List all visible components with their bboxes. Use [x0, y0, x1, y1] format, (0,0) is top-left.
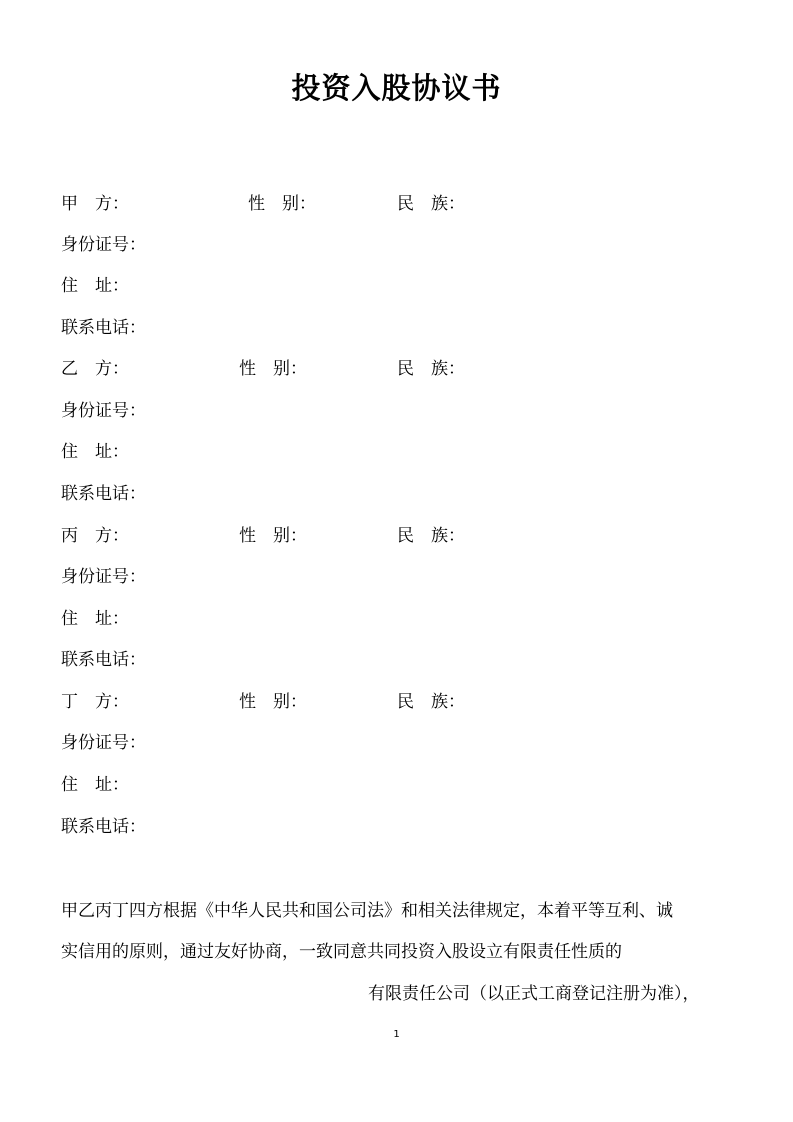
document-title: 投资入股协议书	[0, 66, 793, 110]
phone-label: 联系电话：	[61, 815, 146, 839]
id-number-label: 身份证号：	[61, 565, 146, 589]
party-label: 乙 方：	[61, 357, 129, 381]
ethnicity-label: 民 族：	[397, 357, 465, 381]
phone-label: 联系电话：	[61, 482, 146, 506]
phone-label: 联系电话：	[61, 648, 146, 672]
address-label: 住 址：	[61, 773, 129, 797]
party-label: 甲 方：	[61, 192, 129, 216]
paragraph-line-3: 有限责任公司（以正式工商登记注册为准），	[368, 982, 700, 1006]
gender-label: 性 别：	[239, 357, 307, 381]
gender-label: 性 别：	[239, 690, 307, 714]
address-label: 住 址：	[61, 274, 129, 298]
id-number-label: 身份证号：	[61, 233, 146, 257]
page-number: 1	[0, 1028, 793, 1042]
ethnicity-label: 民 族：	[397, 524, 465, 548]
address-label: 住 址：	[61, 607, 129, 631]
id-number-label: 身份证号：	[61, 399, 146, 423]
phone-label: 联系电话：	[61, 316, 146, 340]
id-number-label: 身份证号：	[61, 731, 146, 755]
party-label: 丙 方：	[61, 524, 129, 548]
document-page: 投资入股协议书 甲 方： 性 别： 民 族： 身份证号： 住 址： 联系电话： …	[0, 0, 793, 1122]
paragraph-line-1: 甲乙丙丁四方根据《中华人民共和国公司法》和相关法律规定，本着平等互利、诚	[61, 899, 673, 923]
ethnicity-label: 民 族：	[397, 690, 465, 714]
gender-label: 性 别：	[248, 192, 316, 216]
party-label: 丁 方：	[61, 690, 129, 714]
gender-label: 性 别：	[239, 524, 307, 548]
paragraph-line-2: 实信用的原则，通过友好协商，一致同意共同投资入股设立有限责任性质的	[61, 940, 622, 964]
address-label: 住 址：	[61, 440, 129, 464]
ethnicity-label: 民 族：	[397, 192, 465, 216]
